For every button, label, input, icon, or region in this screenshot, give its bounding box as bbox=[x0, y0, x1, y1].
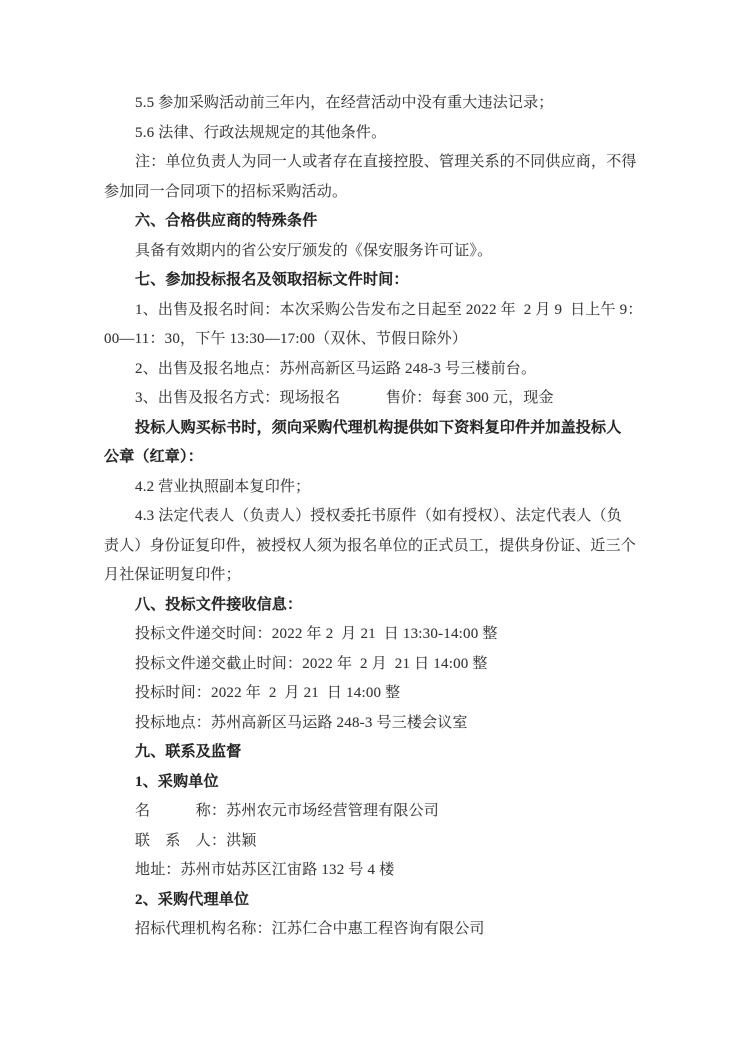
text-line: 1、采购单位 bbox=[104, 768, 666, 798]
text-line: 投标地点：苏州高新区马运路 248-3 号三楼会议室 bbox=[104, 709, 666, 739]
text-line: 5.5 参加采购活动前三年内，在经营活动中没有重大违法记录； bbox=[104, 89, 666, 119]
text-line: 公章（红章）： bbox=[104, 443, 666, 473]
text-line: 3、出售及报名方式：现场报名 售价：每套 300 元，现金 bbox=[104, 384, 666, 414]
text-line: 具备有效期内的省公安厅颁发的《保安服务许可证》。 bbox=[104, 237, 666, 267]
text-line: 名 称：苏州农元市场经营管理有限公司 bbox=[104, 797, 666, 827]
document-page: 5.5 参加采购活动前三年内，在经营活动中没有重大违法记录；5.6 法律、行政法… bbox=[0, 0, 750, 1061]
text-line: 5.6 法律、行政法规规定的其他条件。 bbox=[104, 119, 666, 149]
text-line: 投标文件递交截止时间：2022 年 2 月 21 日 14:00 整 bbox=[104, 650, 666, 680]
text-line: 参加同一合同项下的招标采购活动。 bbox=[104, 178, 666, 208]
text-line: 投标文件递交时间：2022 年 2 月 21 日 13:30-14:00 整 bbox=[104, 620, 666, 650]
text-line: 八、投标文件接收信息： bbox=[104, 591, 666, 621]
text-line: 00—11：30，下午 13:30—17:00（双休、节假日除外） bbox=[104, 325, 666, 355]
text-line: 地址：苏州市姑苏区江宙路 132 号 4 楼 bbox=[104, 856, 666, 886]
text-line: 投标时间：2022 年 2 月 21 日 14:00 整 bbox=[104, 679, 666, 709]
text-line: 联 系 人：洪颖 bbox=[104, 827, 666, 857]
text-line: 2、出售及报名地点：苏州高新区马运路 248-3 号三楼前台。 bbox=[104, 355, 666, 385]
text-line: 注：单位负责人为同一人或者存在直接控股、管理关系的不同供应商，不得 bbox=[104, 148, 666, 178]
text-line: 招标代理机构名称：江苏仁合中惠工程咨询有限公司 bbox=[104, 915, 666, 945]
text-line: 4.2 营业执照副本复印件； bbox=[104, 473, 666, 503]
text-line: 4.3 法定代表人（负责人）授权委托书原件（如有授权）、法定代表人（负 bbox=[104, 502, 666, 532]
text-line: 1、出售及报名时间：本次采购公告发布之日起至 2022 年 2 月 9 日上午 … bbox=[104, 296, 666, 326]
text-line: 责人）身份证复印件，被授权人须为报名单位的正式员工，提供身份证、近三个 bbox=[104, 532, 666, 562]
text-line: 七、参加投标报名及领取招标文件时间： bbox=[104, 266, 666, 296]
text-line: 九、联系及监督 bbox=[104, 738, 666, 768]
text-line: 月社保证明复印件； bbox=[104, 561, 666, 591]
text-line: 六、合格供应商的特殊条件 bbox=[104, 207, 666, 237]
text-line: 投标人购买标书时，须向采购代理机构提供如下资料复印件并加盖投标人 bbox=[104, 414, 666, 444]
text-line: 2、采购代理单位 bbox=[104, 886, 666, 916]
